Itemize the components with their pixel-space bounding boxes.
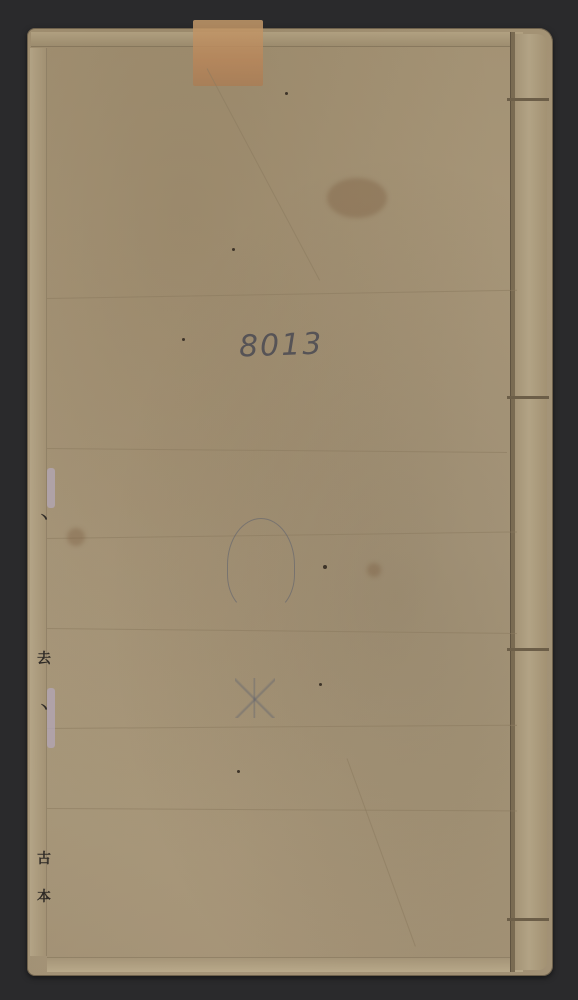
lilac-paper-fragment: [47, 688, 55, 748]
binding-thread: [507, 918, 549, 921]
paper-crease: [47, 628, 517, 634]
ink-spot: [285, 92, 288, 95]
edge-character: 丶: [37, 508, 51, 528]
stain: [67, 528, 85, 546]
edge-character: 去: [37, 648, 51, 668]
cover-bottom-edge: [47, 957, 523, 972]
book-cover: 8013 丶 去 丶 古 本: [27, 28, 553, 976]
binding-thread: [507, 98, 549, 101]
pencil-sketch-mark: [227, 518, 295, 612]
edge-character: 本: [37, 886, 51, 906]
stain: [327, 178, 387, 218]
stain: [367, 563, 381, 577]
lilac-paper-fragment: [47, 468, 55, 508]
paper-crease: [47, 808, 517, 811]
ink-spot: [182, 338, 185, 341]
edge-character: 丶: [37, 698, 51, 718]
paper-crease: [347, 758, 416, 946]
handwritten-catalog-number: 8013: [238, 327, 324, 365]
paper-crease: [207, 68, 321, 280]
paper-crease: [47, 448, 507, 453]
binding-thread: [507, 396, 549, 399]
paper-crease: [47, 725, 517, 729]
orange-label-patch: [193, 20, 263, 86]
cover-left-edge: [30, 48, 47, 956]
edge-character: 古: [37, 848, 51, 868]
ink-spot: [237, 770, 240, 773]
ink-spot: [323, 565, 327, 569]
cover-top-edge: [31, 32, 523, 47]
binding-thread: [507, 648, 549, 651]
ink-spot: [232, 248, 235, 251]
ink-spot: [319, 683, 322, 686]
spine-panel: [510, 34, 547, 970]
binding-stitch-line: [510, 32, 515, 972]
paper-crease: [47, 290, 517, 299]
pencil-scribble-mark: [235, 678, 275, 718]
